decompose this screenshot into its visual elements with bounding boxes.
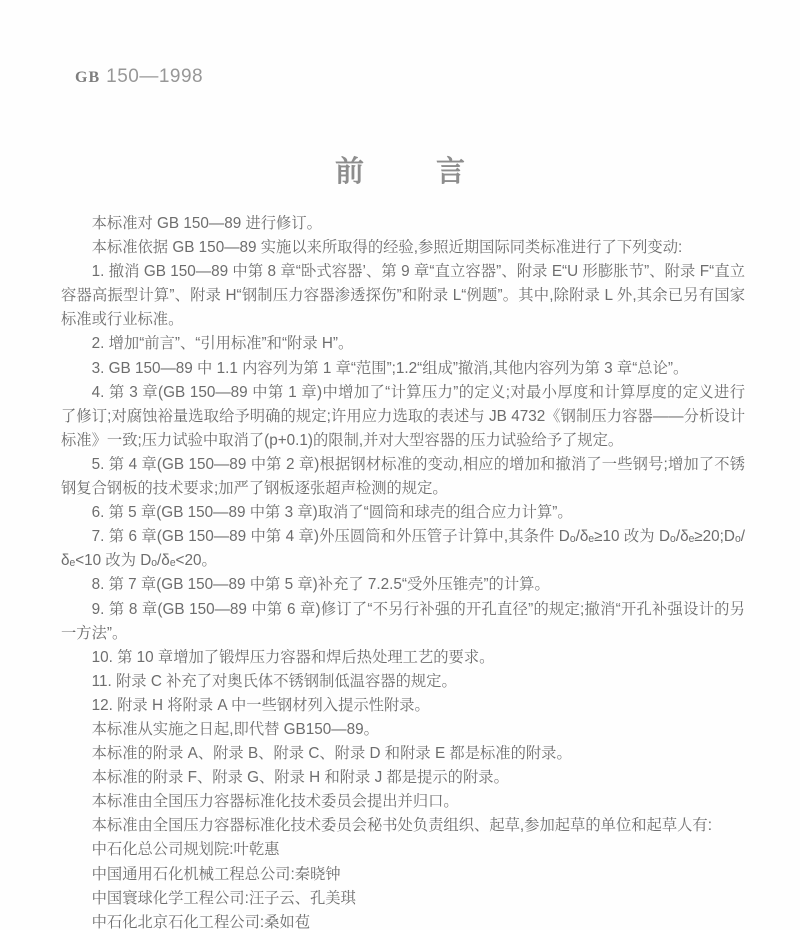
foreword-paragraph: 11. 附录 C 补充了对奥氏体不锈钢制低温容器的规定。 [61, 670, 745, 694]
document-page: GB150—1998 前言 本标准对 GB 150—89 进行修订。 本标准依据… [0, 0, 800, 930]
page-title-char-1: 前 [335, 156, 364, 188]
foreword-paragraph: 1. 撤消 GB 150—89 中第 8 章“卧式容器’、第 9 章“直立容器”… [61, 260, 745, 332]
foreword-paragraph: 6. 第 5 章(GB 150—89 中第 3 章)取消了“圆筒和球壳的组合应力… [61, 501, 745, 525]
foreword-paragraph: 本标准由全国压力容器标准化技术委员会秘书处负责组织、起草,参加起草的单位和起草人… [61, 814, 745, 838]
foreword-paragraph: 10. 第 10 章增加了锻焊压力容器和焊后热处理工艺的要求。 [61, 646, 745, 670]
foreword-paragraph: 本标准依据 GB 150—89 实施以来所取得的经验,参照近期国际同类标准进行了… [61, 236, 745, 260]
foreword-paragraph: 3. GB 150—89 中 1.1 内容列为第 1 章“范围”;1.2“组成”… [61, 357, 745, 381]
foreword-paragraph: 中国寰球化学工程公司:汪子云、孔美琪 [61, 887, 745, 911]
page-title-char-2: 言 [436, 156, 465, 188]
foreword-paragraph: 本标准的附录 F、附录 G、附录 H 和附录 J 都是提示的附录。 [61, 766, 745, 790]
foreword-paragraph: 8. 第 7 章(GB 150—89 中第 5 章)补充了 7.2.5“受外压锥… [61, 573, 745, 597]
foreword-paragraph: 9. 第 8 章(GB 150—89 中第 6 章)修订了“不另行补强的开孔直径… [61, 598, 745, 646]
foreword-paragraph: 中石化总公司规划院:叶乾惠 [61, 838, 745, 862]
foreword-paragraph: 本标准的附录 A、附录 B、附录 C、附录 D 和附录 E 都是标准的附录。 [61, 742, 745, 766]
foreword-paragraph: 7. 第 6 章(GB 150—89 中第 4 章)外压圆筒和外压管子计算中,其… [61, 525, 745, 573]
foreword-paragraph: 本标准由全国压力容器标准化技术委员会提出并归口。 [61, 790, 745, 814]
standard-code: GB150—1998 [75, 66, 203, 88]
foreword-body: 本标准对 GB 150—89 进行修订。 本标准依据 GB 150—89 实施以… [61, 212, 745, 930]
foreword-paragraph: 2. 增加“前言”、“引用标准”和“附录 H”。 [61, 332, 745, 356]
standard-code-number: 150—1998 [106, 66, 203, 87]
foreword-paragraph: 中石化北京石化工程公司:桑如苞 [61, 911, 745, 930]
standard-code-prefix: GB [75, 69, 100, 86]
foreword-paragraph: 12. 附录 H 将附录 A 中一些钢材列入提示性附录。 [61, 694, 745, 718]
foreword-paragraph: 5. 第 4 章(GB 150—89 中第 2 章)根据钢材标准的变动,相应的增… [61, 453, 745, 501]
foreword-paragraph: 4. 第 3 章(GB 150—89 中第 1 章)中增加了“计算压力”的定义;… [61, 381, 745, 453]
foreword-paragraph: 本标准对 GB 150—89 进行修订。 [61, 212, 745, 236]
foreword-paragraph: 中国通用石化机械工程总公司:秦晓钟 [61, 863, 745, 887]
foreword-paragraph: 本标准从实施之日起,即代替 GB150—89。 [61, 718, 745, 742]
page-title: 前言 [0, 156, 800, 188]
